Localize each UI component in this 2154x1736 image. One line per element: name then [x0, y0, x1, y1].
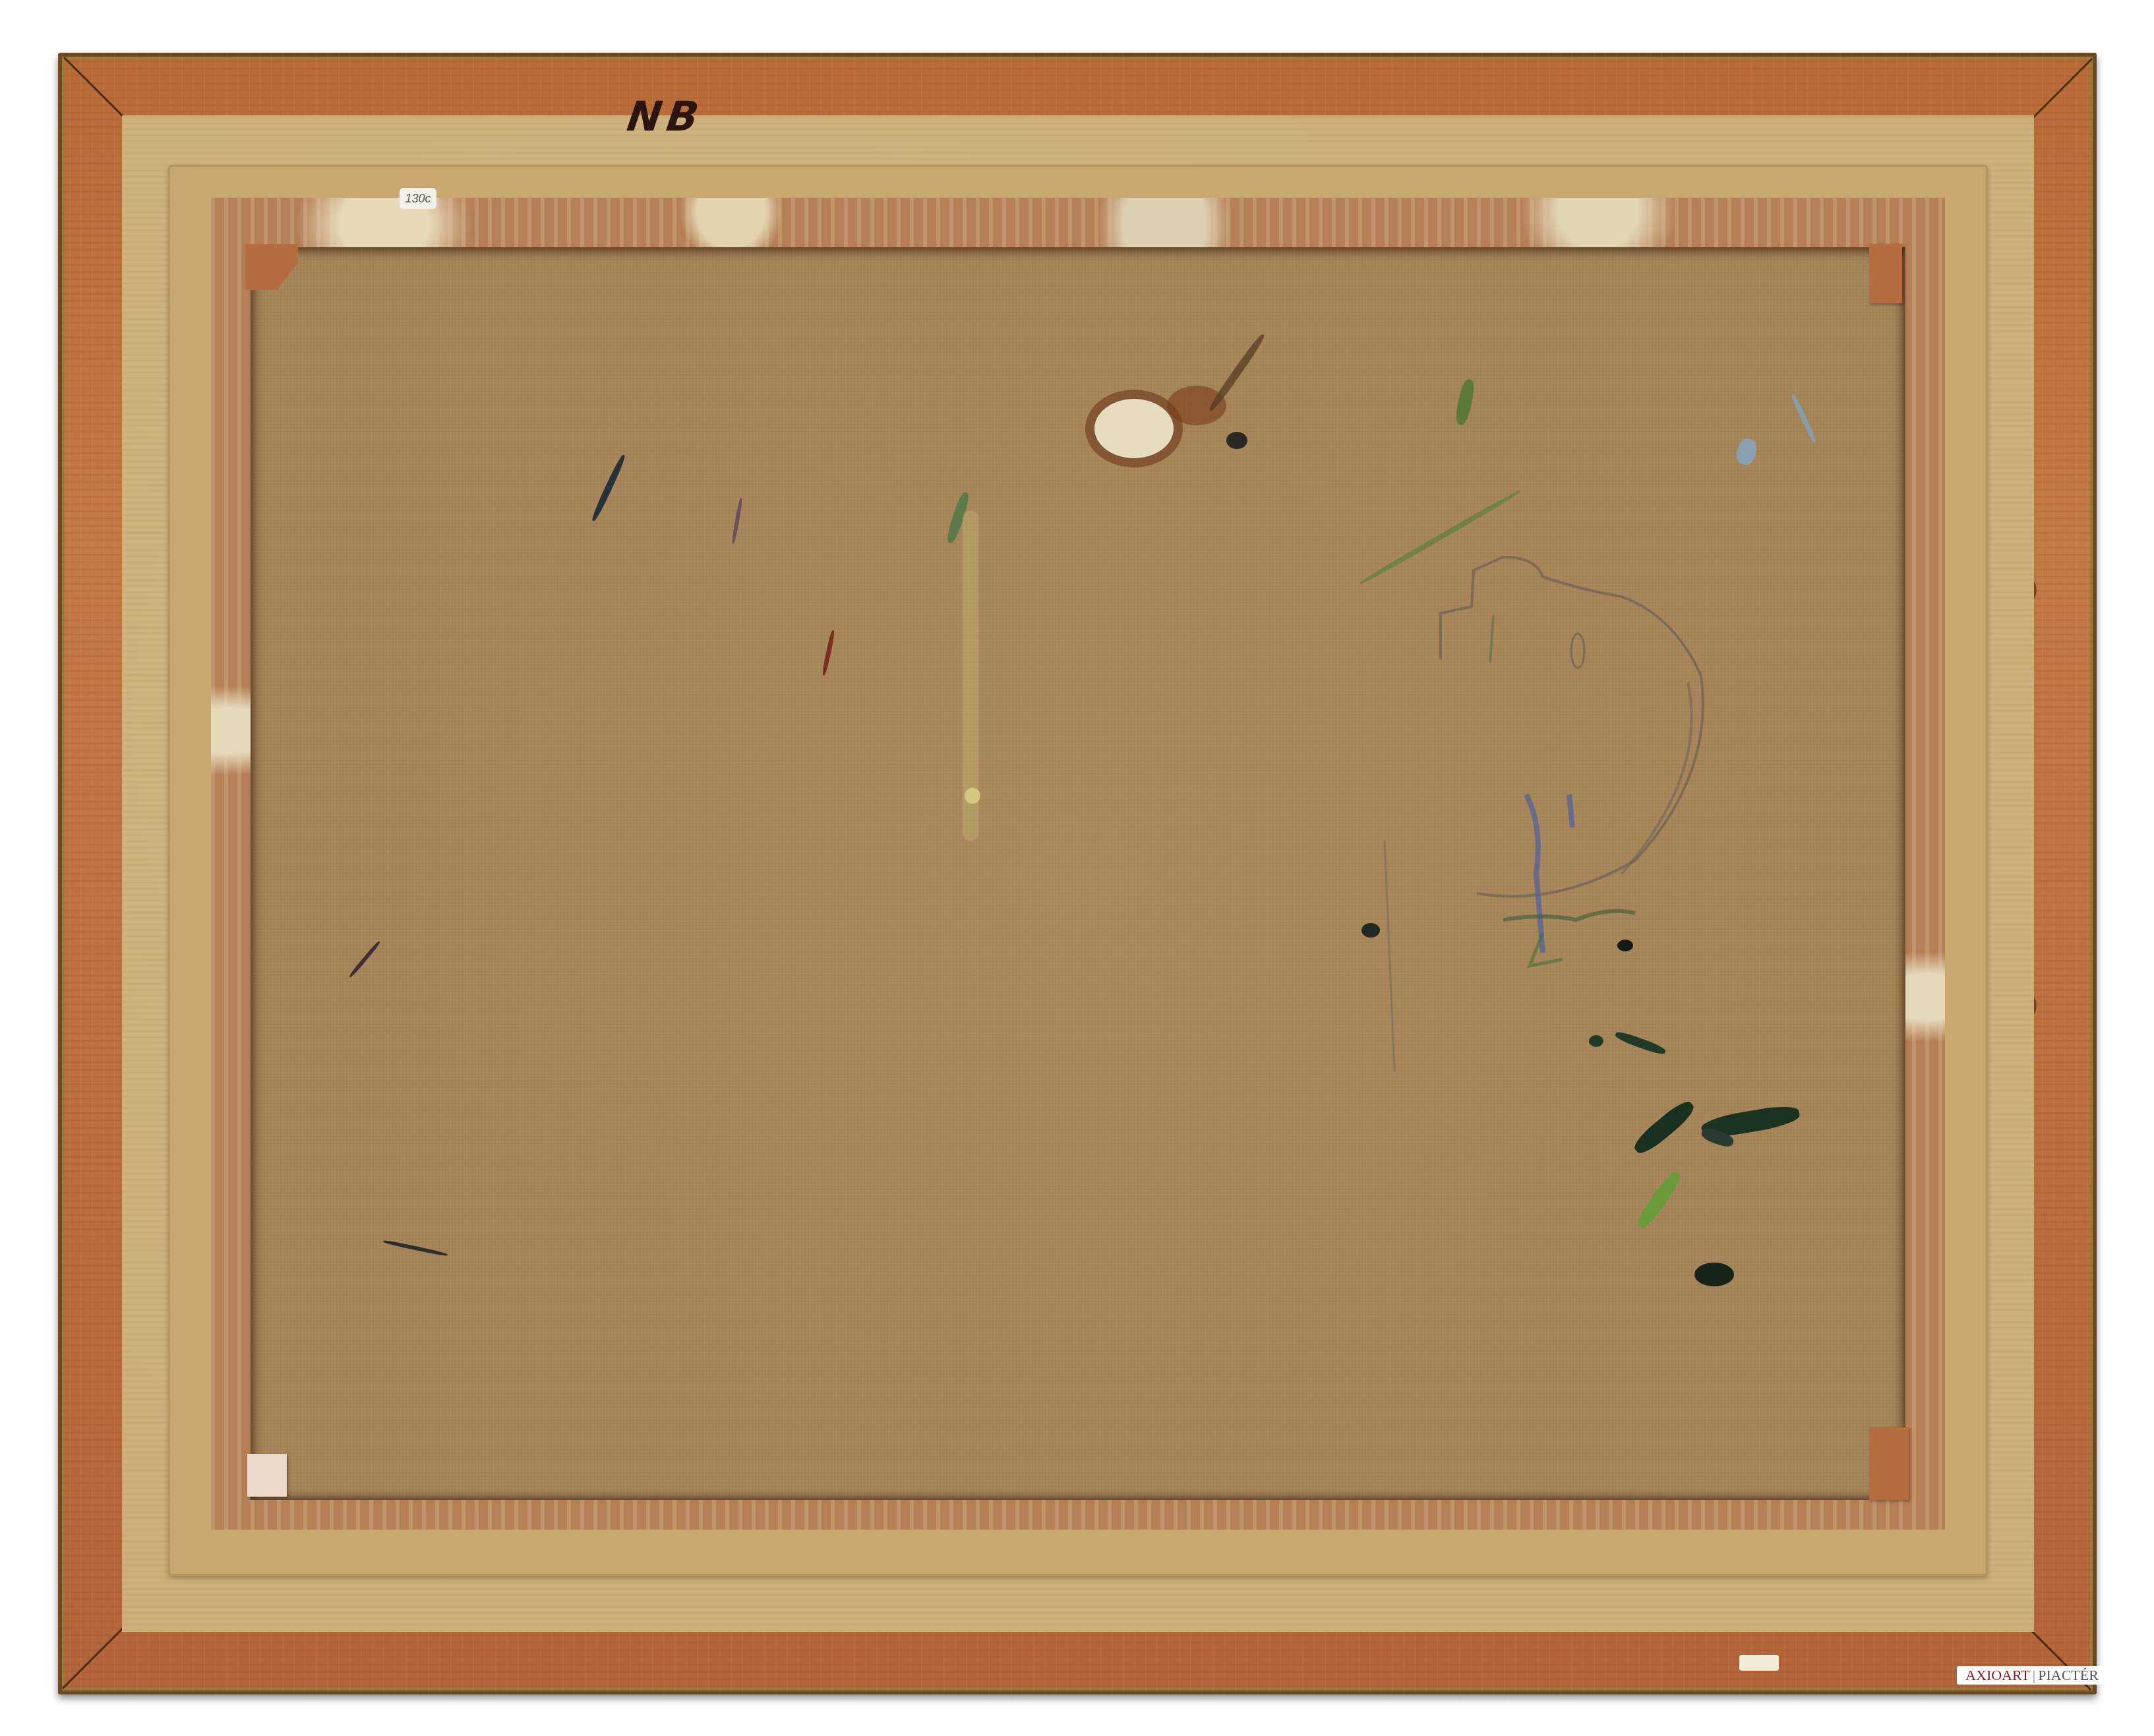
- canvas-reverse: [251, 247, 1905, 1500]
- paint-dot-black: [1617, 940, 1633, 951]
- paint-dot-dark: [1694, 1263, 1734, 1286]
- pencil-sketch-face: [251, 247, 1905, 1500]
- inventory-label-sticker: 130c: [400, 188, 436, 209]
- paint-dot-dark-green: [1361, 923, 1380, 938]
- axioart-watermark: AXIOART|PIACTÉR: [1957, 1666, 2107, 1685]
- watermark-separator: |: [2030, 1667, 2038, 1683]
- frame-initials-inscription: NB: [624, 92, 707, 140]
- watermark-brand-secondary: PIACTÉR: [2038, 1667, 2099, 1683]
- light-spot: [965, 788, 980, 804]
- watermark-brand-primary: AXIOART: [1965, 1667, 2030, 1683]
- frame-chip: [1739, 1655, 1779, 1671]
- paint-dot-dark: [1589, 1035, 1603, 1047]
